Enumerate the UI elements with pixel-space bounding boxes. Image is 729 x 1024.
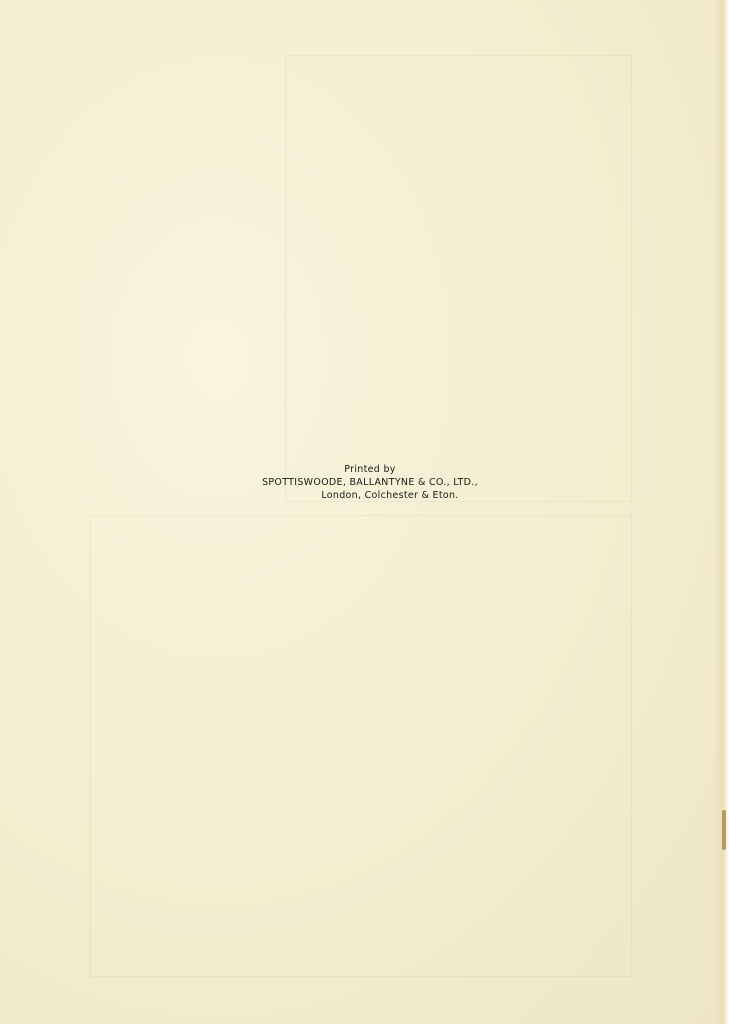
- page-edge: [715, 0, 729, 1024]
- show-through-table-top: [285, 55, 632, 502]
- show-through-table-bottom: [90, 515, 632, 977]
- edge-stain: [722, 810, 726, 850]
- printed-page: Printed by SPOTTISWOODE, BALLANTYNE & CO…: [0, 0, 729, 1024]
- imprint-line-printed-by: Printed by: [230, 463, 510, 476]
- imprint-line-printer-name: SPOTTISWOODE, BALLANTYNE & CO., LTD.,: [230, 476, 510, 489]
- printer-imprint: Printed by SPOTTISWOODE, BALLANTYNE & CO…: [230, 463, 510, 502]
- imprint-line-locations: London, Colchester & Eton.: [230, 489, 510, 502]
